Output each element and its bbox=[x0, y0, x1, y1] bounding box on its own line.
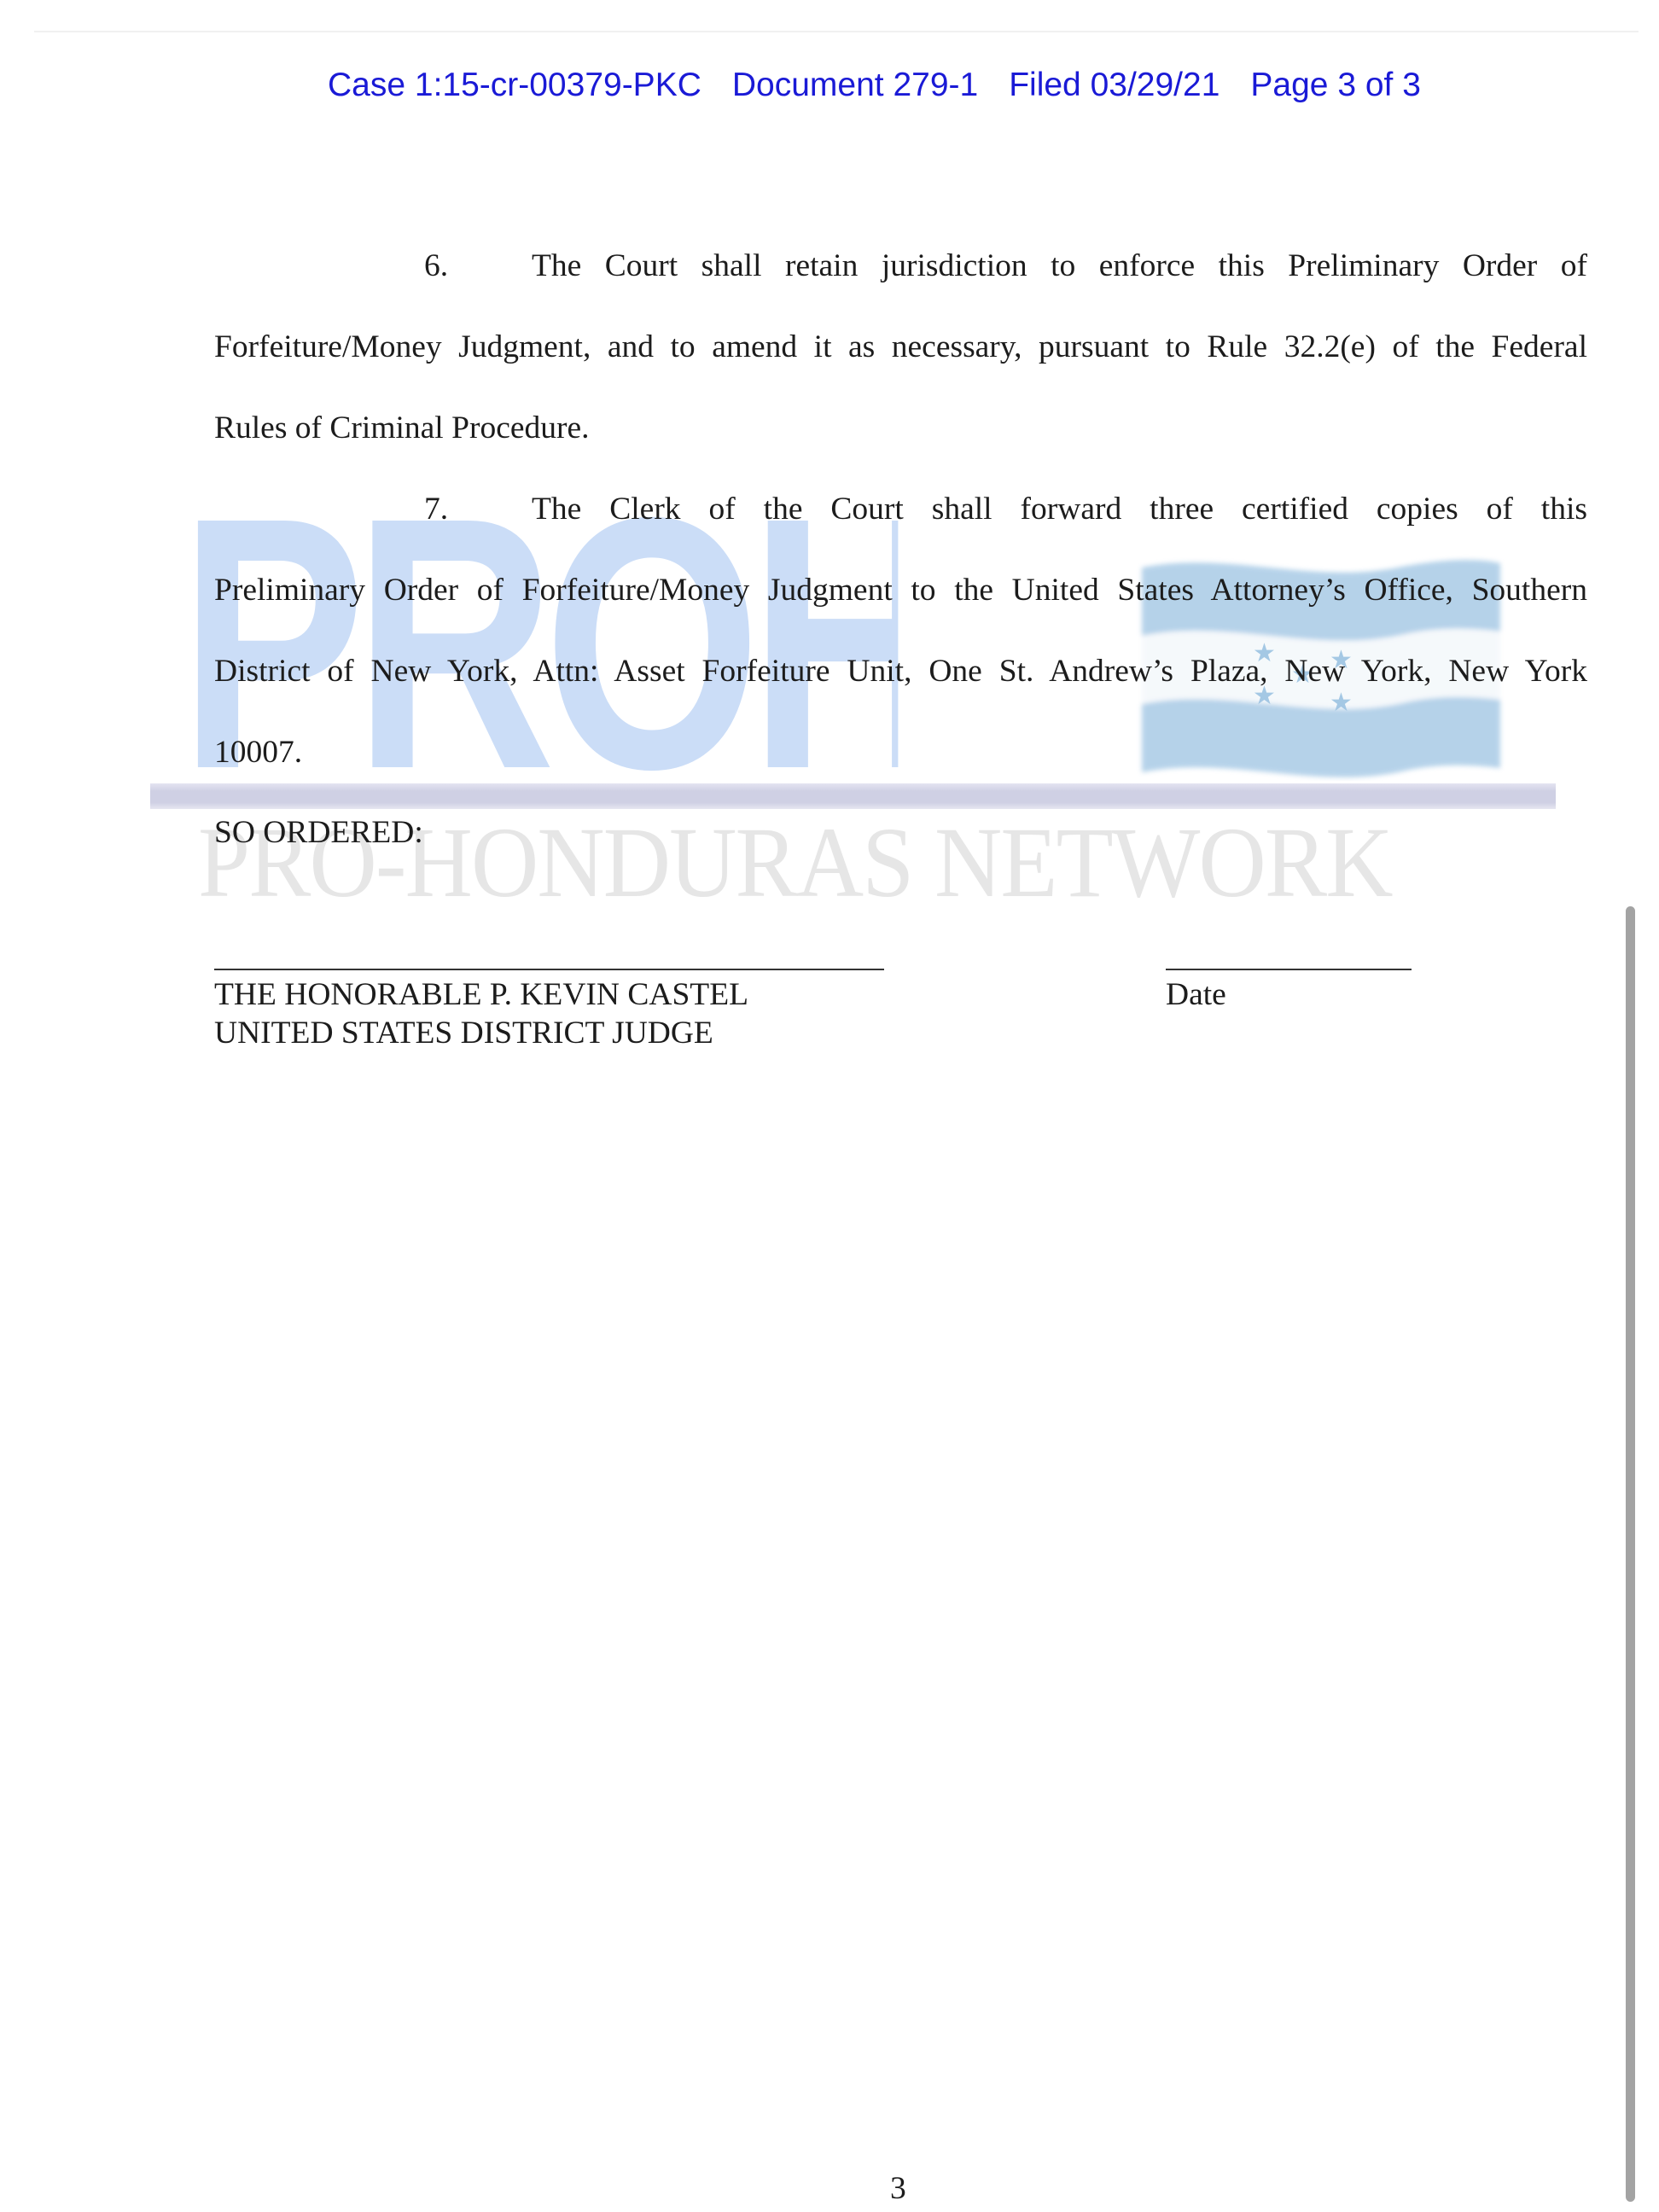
vertical-scrollbar[interactable] bbox=[1626, 906, 1635, 2202]
top-divider bbox=[34, 31, 1639, 32]
paragraph-7-line-3: District of New York, Attn: Asset Forfei… bbox=[214, 655, 1587, 688]
date-signature-line bbox=[1166, 969, 1412, 970]
page-number: 3 bbox=[890, 2173, 906, 2205]
judge-title: UNITED STATES DISTRICT JUDGE bbox=[214, 1017, 713, 1050]
ecf-header: Case 1:15-cr-00379-PKC Document 279-1 Fi… bbox=[328, 61, 1480, 109]
paragraph-7-number: 7. bbox=[424, 493, 448, 526]
paragraph-7-line-1: The Clerk of the Court shall forward thr… bbox=[532, 493, 1587, 526]
so-ordered-label: SO ORDERED: bbox=[214, 817, 423, 849]
judge-signature-line bbox=[214, 969, 884, 970]
judge-name: THE HONORABLE P. KEVIN CASTEL bbox=[214, 979, 748, 1011]
page-indicator: Page 3 of 3 bbox=[1250, 67, 1421, 104]
date-label: Date bbox=[1166, 979, 1226, 1011]
paragraph-6-line-1: The Court shall retain jurisdiction to e… bbox=[532, 250, 1587, 282]
paragraph-7-line-2: Preliminary Order of Forfeiture/Money Ju… bbox=[214, 574, 1587, 607]
paragraph-6-line-2: Forfeiture/Money Judgment, and to amend … bbox=[214, 331, 1587, 364]
watermark-bar bbox=[150, 783, 1556, 809]
paragraph-6-number: 6. bbox=[424, 250, 448, 282]
paragraph-6-line-3: Rules of Criminal Procedure. bbox=[214, 412, 590, 445]
filed-date: Filed 03/29/21 bbox=[1009, 67, 1220, 104]
document-number: Document 279-1 bbox=[732, 67, 978, 104]
svg-text:★: ★ bbox=[1330, 688, 1353, 718]
paragraph-7-line-4: 10007. bbox=[214, 736, 302, 769]
case-number: Case 1:15-cr-00379-PKC bbox=[328, 67, 701, 104]
